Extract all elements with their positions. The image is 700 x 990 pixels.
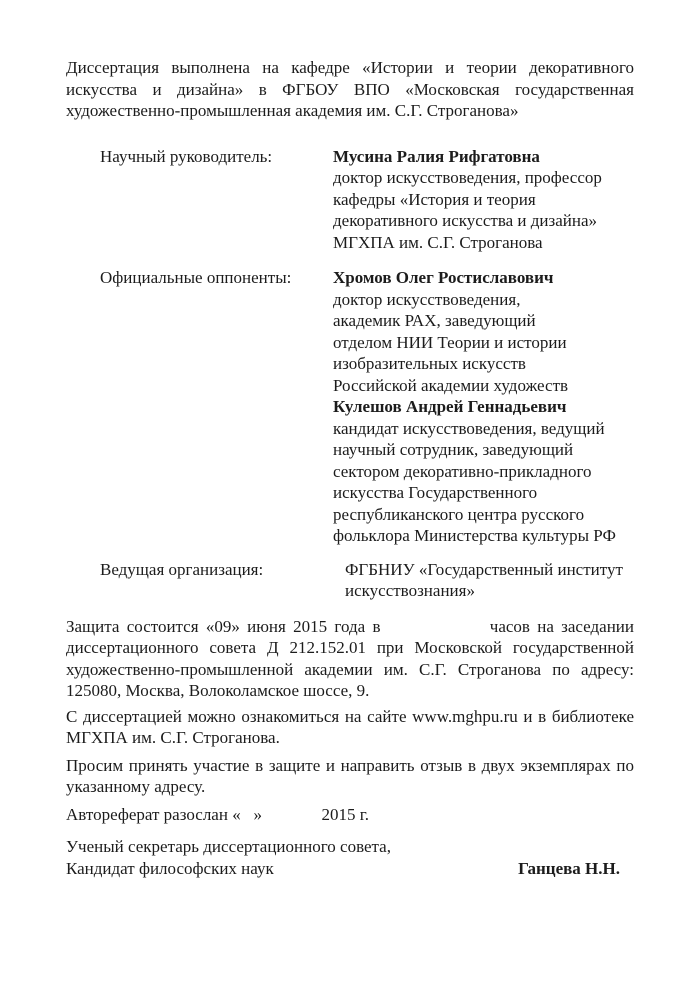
opponents-label: Официальные оппоненты:: [66, 267, 333, 289]
leading-org-value: ФГБНИУ «Государственный институт искусст…: [333, 559, 634, 602]
supervisor-label: Научный руководитель:: [66, 146, 333, 168]
supervisor-name: Мусина Ралия Рифгатовна: [333, 146, 634, 168]
secretary-title-line: Ученый секретарь диссертационного совета…: [66, 836, 634, 858]
secretary-signature-row: Кандидат философских наук Ганцева Н.Н.: [66, 858, 634, 880]
opponent-2-name: Кулешов Андрей Геннадьевич: [333, 396, 634, 418]
opponent-2-details: кандидат искусствоведения, ведущий научн…: [333, 418, 634, 547]
defense-paragraph: Защита состоится «09» июня 2015 года в ч…: [66, 616, 634, 702]
secretary-name: Ганцева Н.Н.: [518, 858, 620, 880]
opponents-value: Хромов Олег Ростиславович доктор искусст…: [333, 267, 634, 547]
document-page: Диссертация выполнена на кафедре «Истори…: [0, 0, 700, 990]
supervisor-row: Научный руководитель: Мусина Ралия Рифга…: [66, 146, 634, 254]
abstract-sent-line: Автореферат разослан « » 2015 г.: [66, 804, 634, 826]
leading-org-label: Ведущая организация:: [66, 559, 333, 581]
opponent-1-details: доктор искусствоведения, академик РАХ, з…: [333, 289, 634, 397]
supervisor-details: доктор искусствоведения, профессор кафед…: [333, 167, 634, 253]
request-paragraph: Просим принять участие в защите и направ…: [66, 755, 634, 798]
library-paragraph: С диссертацией можно ознакомиться на сай…: [66, 706, 634, 749]
supervisor-value: Мусина Ралия Рифгатовна доктор искусство…: [333, 146, 634, 254]
leading-org-row: Ведущая организация: ФГБНИУ «Государстве…: [66, 559, 634, 602]
secretary-degree: Кандидат философских наук: [66, 858, 274, 880]
intro-paragraph: Диссертация выполнена на кафедре «Истори…: [66, 57, 634, 122]
opponents-row: Официальные оппоненты: Хромов Олег Рости…: [66, 267, 634, 547]
opponent-1-name: Хромов Олег Ростиславович: [333, 267, 634, 289]
